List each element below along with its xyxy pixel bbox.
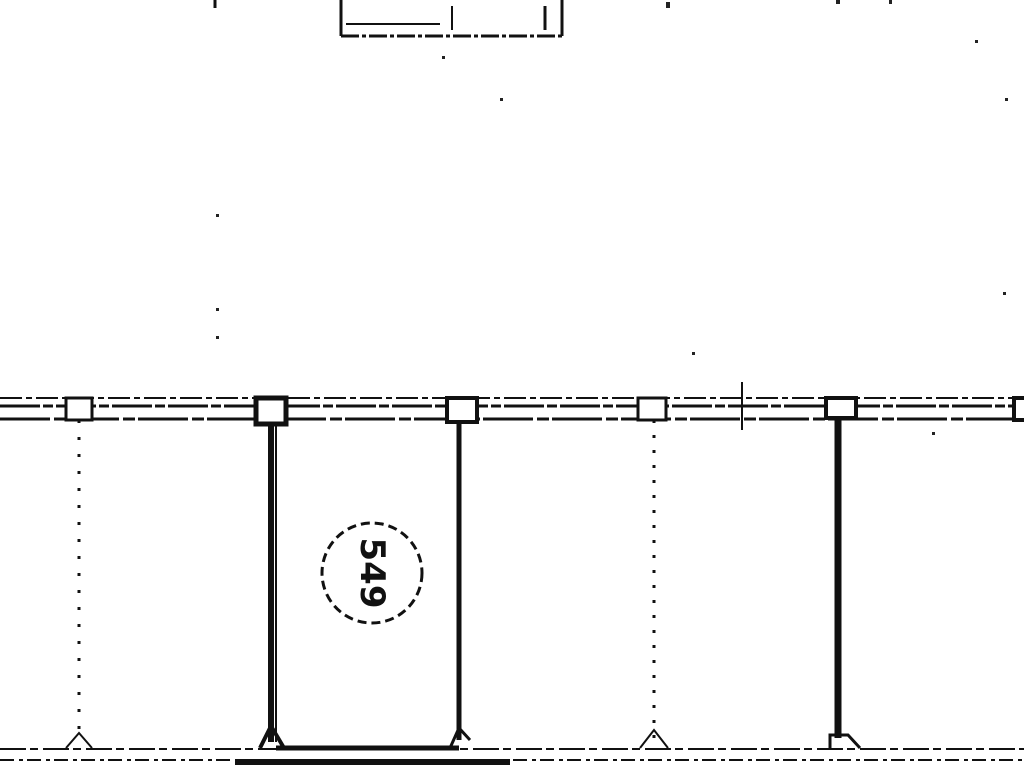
top-partial-room [215, 0, 562, 36]
top-wall [0, 382, 1024, 430]
partition-walls [66, 418, 860, 748]
room-549[interactable]: 549 [260, 422, 470, 748]
room-number-label: 549 [352, 538, 392, 609]
scan-noise [216, 0, 1008, 435]
floor-plan: 549 [0, 0, 1024, 768]
bottom-wall [0, 749, 1024, 762]
